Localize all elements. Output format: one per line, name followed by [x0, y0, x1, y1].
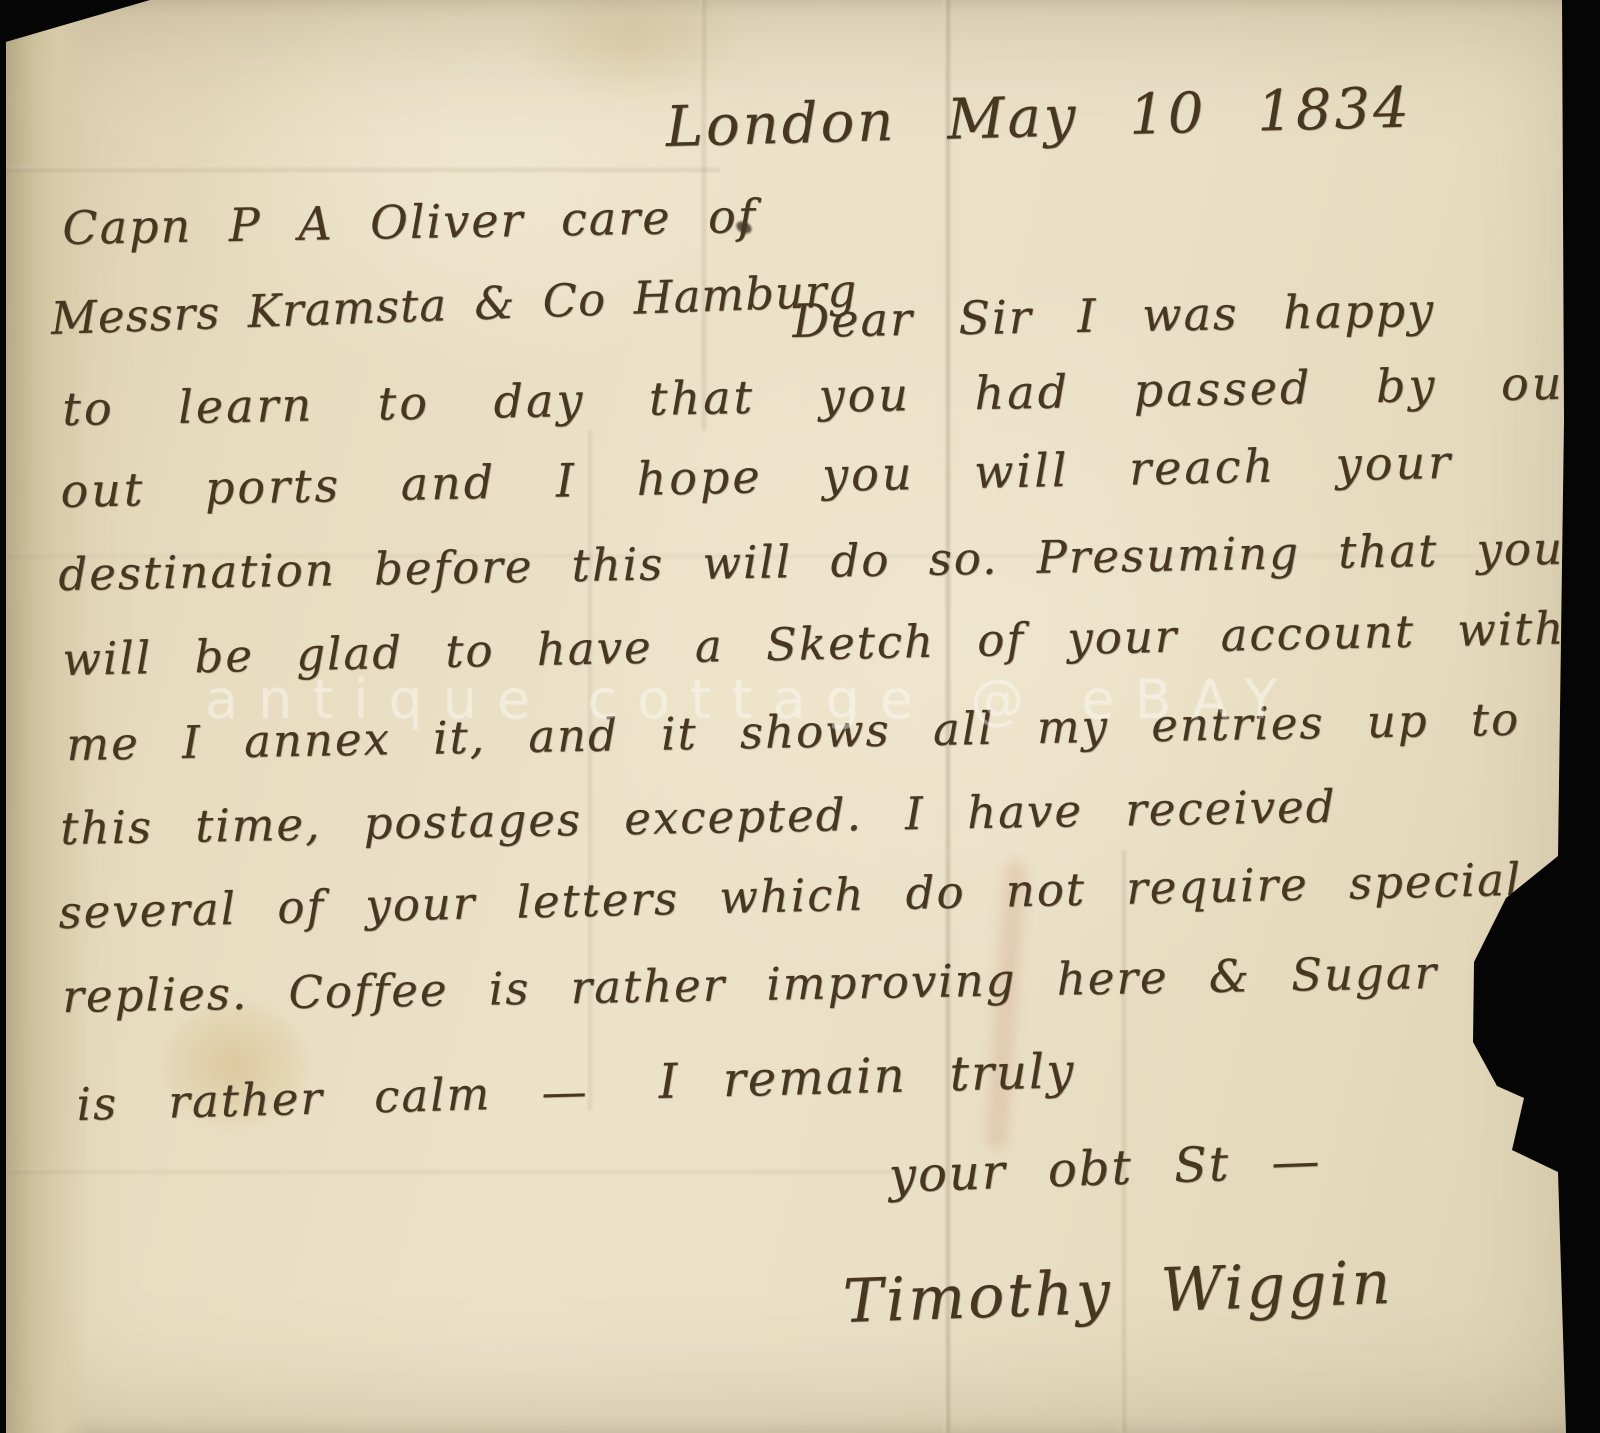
body-line-5: me I annex it, and it shows all my entri…	[66, 697, 1520, 767]
signature: Timothy Wiggin	[842, 1253, 1394, 1332]
body-line-6: this time, postages excepted. I have rec…	[60, 784, 1337, 851]
body-line-8: replies. Coffee is rather improving here…	[62, 950, 1438, 1019]
stain-top-edge	[520, 0, 740, 100]
body-line-2: out ports and I hope you will reach your	[60, 439, 1453, 514]
salutation: Dear Sir I was happy	[792, 287, 1435, 344]
fold-crease-horizontal-top	[0, 166, 720, 173]
body-line-3: destination before this will do so. Pres…	[58, 526, 1564, 597]
body-line-1: to learn to day that you had passed by o…	[62, 359, 1590, 432]
addressee-line-2: Messrs Kramsta & Co Hamburg	[50, 268, 858, 341]
body-line-7: several of your letters which do not req…	[58, 857, 1523, 935]
body-line-4: will be glad to have a Sketch of your ac…	[62, 606, 1566, 682]
fold-crease-horizontal-bottom	[0, 1168, 900, 1175]
closing-line-2: your obt St —	[888, 1137, 1322, 1200]
dateline: London May 10 1834	[665, 80, 1412, 156]
body-line-9: is rather calm —	[76, 1069, 589, 1127]
letter-paper: London May 10 1834 Capn P A Oliver care …	[0, 0, 1600, 1433]
closing-line-1: I remain truly	[658, 1047, 1076, 1106]
photo-background: London May 10 1834 Capn P A Oliver care …	[0, 0, 1600, 1433]
addressee-line-1: Capn P A Oliver care of	[62, 193, 757, 251]
